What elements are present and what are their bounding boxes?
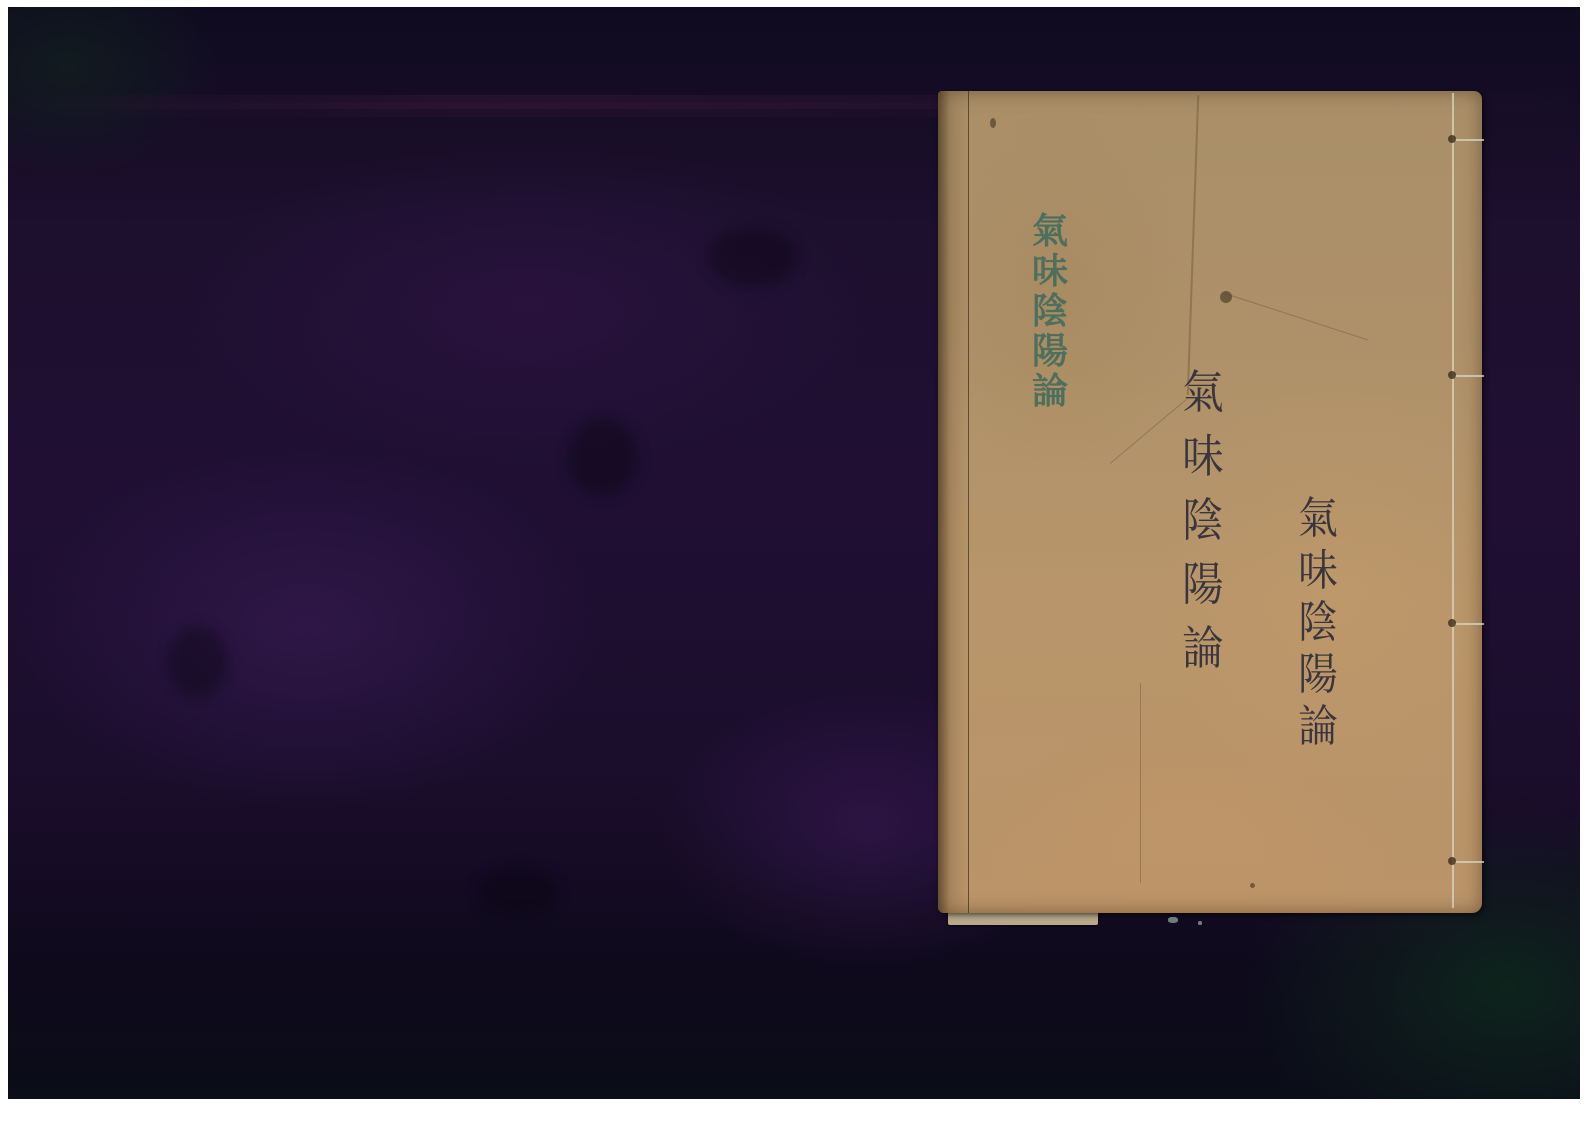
- title-char: 味: [1032, 253, 1068, 289]
- title-char: 陰: [1298, 601, 1338, 645]
- title-char: 陰: [1032, 293, 1068, 329]
- cover-crease: [1140, 683, 1141, 883]
- stitch-knot: [1448, 857, 1456, 865]
- binding-stitch: [1452, 623, 1484, 625]
- title-char: 氣: [1032, 213, 1068, 249]
- fabric-fold: [708, 227, 798, 287]
- title-char: 陽: [1298, 653, 1338, 697]
- scan-background: 氣 味 陰 陽 論 氣 味 陰 陽 論 氣 味 陰 陽 論: [8, 7, 1580, 1099]
- title-char: 論: [1032, 373, 1068, 409]
- pencil-title-right: 氣 味 陰 陽 論: [1296, 497, 1340, 757]
- binding-stitch: [1452, 861, 1484, 863]
- fabric-fold: [568, 417, 638, 497]
- title-char: 味: [1298, 549, 1338, 593]
- title-char: 論: [1182, 625, 1223, 671]
- stain-spot: [1220, 291, 1232, 303]
- cover-left-fold: [938, 91, 969, 913]
- binding-stitch: [1452, 375, 1484, 377]
- stain-spot: [990, 118, 996, 128]
- title-char: 氣: [1182, 369, 1223, 415]
- stitch-knot: [1448, 619, 1456, 627]
- stitch-knot: [1448, 371, 1456, 379]
- title-char: 陰: [1182, 497, 1223, 543]
- page-edges: [948, 911, 1098, 925]
- title-char: 味: [1182, 433, 1223, 479]
- booklet: 氣 味 陰 陽 論 氣 味 陰 陽 論 氣 味 陰 陽 論: [930, 83, 1488, 923]
- stitch-knot: [1448, 135, 1456, 143]
- title-char: 論: [1298, 705, 1338, 749]
- binding-stitch: [1452, 139, 1484, 141]
- title-char: 陽: [1032, 333, 1068, 369]
- stain-spot: [1250, 883, 1255, 888]
- fabric-fold: [168, 627, 228, 697]
- green-ink-title: 氣 味 陰 陽 論: [1032, 213, 1068, 413]
- debris-fleck: [1198, 921, 1202, 925]
- debris-fleck: [1168, 917, 1178, 923]
- title-char: 陽: [1182, 561, 1223, 607]
- pencil-title-center: 氣 味 陰 陽 論: [1180, 369, 1226, 689]
- binding-thread: [1452, 93, 1454, 908]
- title-char: 氣: [1298, 497, 1338, 541]
- fabric-fold: [478, 867, 558, 917]
